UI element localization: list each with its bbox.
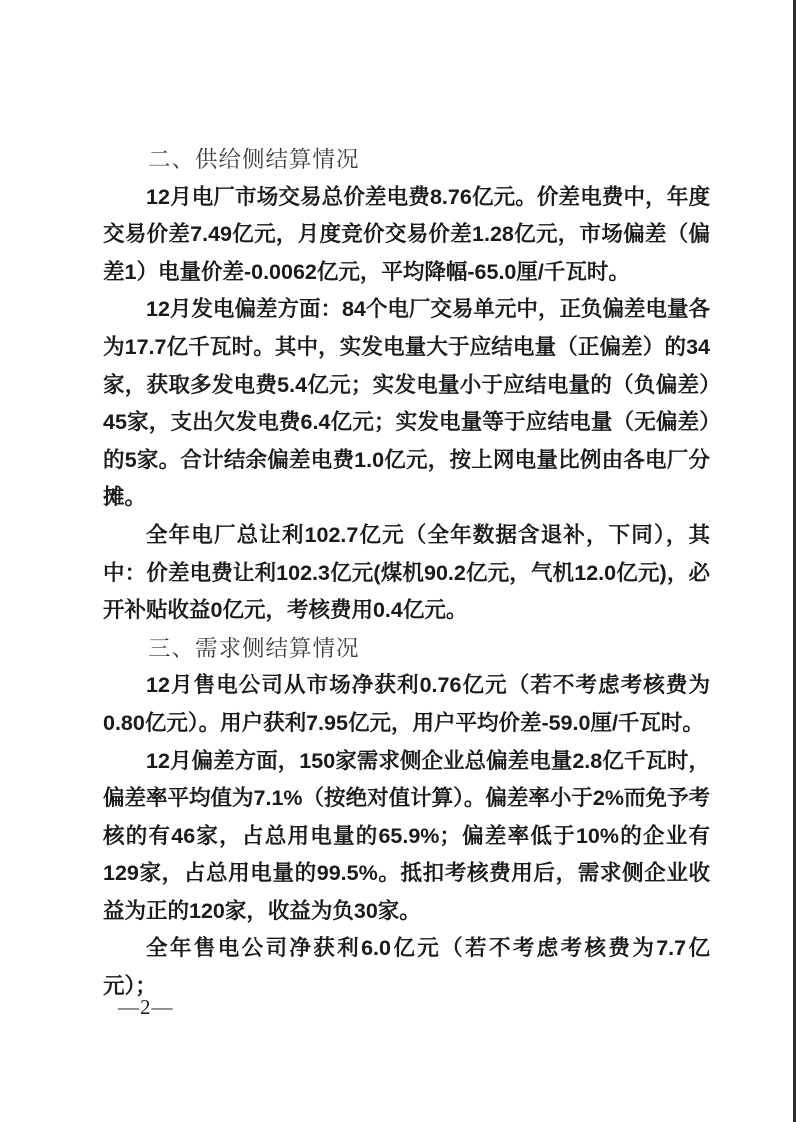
para-retail-company-profit: 12月售电公司从市场净获利0.76亿元（若不考虑考核费为0.80亿元）。用户获利…: [103, 667, 710, 742]
document-page: 二、供给侧结算情况 12月电厂市场交易总价差电费8.76亿元。价差电费中，年度交…: [0, 0, 796, 1122]
para-generation-deviation: 12月发电偏差方面：84个电厂交易单元中，正负偏差电量各为17.7亿千瓦时。其中…: [103, 291, 710, 517]
document-content: 二、供给侧结算情况 12月电厂市场交易总价差电费8.76亿元。价差电费中，年度交…: [103, 141, 710, 1006]
section-heading-demand-side: 三、需求侧结算情况: [103, 630, 710, 668]
para-demand-side-deviation: 12月偏差方面，150家需求侧企业总偏差电量2.8亿千瓦时，偏差率平均值为7.1…: [103, 743, 710, 931]
para-annual-retail-profit: 全年售电公司净获利6.0亿元（若不考虑考核费为7.7亿元）；: [103, 930, 710, 1005]
section-heading-supply-side: 二、供给侧结算情况: [103, 141, 710, 179]
para-annual-plant-concession: 全年电厂总让利102.7亿元（全年数据含退补，下同），其中：价差电费让利102.…: [103, 517, 710, 630]
page-number: —2—: [118, 995, 174, 1020]
para-monthly-price-diff-fee: 12月电厂市场交易总价差电费8.76亿元。价差电费中，年度交易价差7.49亿元，…: [103, 179, 710, 292]
